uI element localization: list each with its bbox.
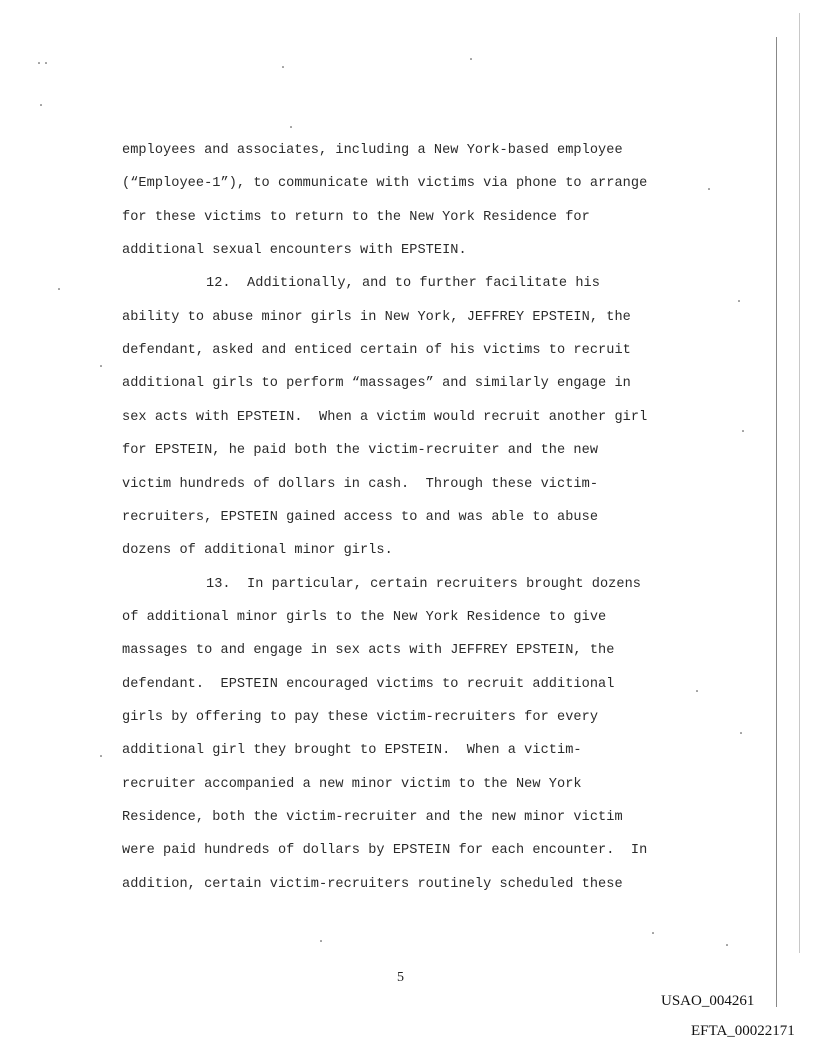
text-line: for these victims to return to the New Y… bbox=[122, 210, 590, 225]
scan-speck bbox=[696, 690, 698, 692]
page-number: 5 bbox=[397, 970, 404, 986]
bates-number-usao: USAO_004261 bbox=[661, 993, 754, 1010]
text-line: ability to abuse minor girls in New York… bbox=[122, 310, 631, 325]
text-line: recruiters, EPSTEIN gained access to and… bbox=[122, 510, 598, 525]
text-line: defendant, asked and enticed certain of … bbox=[122, 343, 631, 358]
scan-speck bbox=[708, 188, 710, 190]
scan-edge-line bbox=[776, 37, 777, 1007]
text-line: recruiter accompanied a new minor victim… bbox=[122, 777, 582, 792]
scan-speck bbox=[740, 732, 742, 734]
text-line: 12. Additionally, and to further facilit… bbox=[206, 276, 600, 291]
text-line: were paid hundreds of dollars by EPSTEIN… bbox=[122, 843, 647, 858]
text-line: sex acts with EPSTEIN. When a victim wou… bbox=[122, 410, 647, 425]
bates-number-efta: EFTA_00022171 bbox=[691, 1023, 795, 1040]
text-line: addition, certain victim-recruiters rout… bbox=[122, 877, 623, 892]
scan-speck bbox=[38, 62, 40, 64]
scan-speck bbox=[100, 755, 102, 757]
scan-edge-line-faint bbox=[799, 13, 800, 953]
scan-speck bbox=[320, 940, 322, 942]
scan-speck bbox=[470, 58, 472, 60]
text-line: victim hundreds of dollars in cash. Thro… bbox=[122, 477, 598, 492]
document-page: employees and associates, including a Ne… bbox=[0, 0, 817, 1056]
text-line: of additional minor girls to the New Yor… bbox=[122, 610, 606, 625]
scan-speck bbox=[100, 365, 102, 367]
text-line: Residence, both the victim-recruiter and… bbox=[122, 810, 623, 825]
scan-speck bbox=[742, 430, 744, 432]
scan-speck bbox=[726, 944, 728, 946]
scan-speck bbox=[738, 300, 740, 302]
text-line: dozens of additional minor girls. bbox=[122, 543, 393, 558]
text-line: employees and associates, including a Ne… bbox=[122, 143, 623, 158]
text-line: for EPSTEIN, he paid both the victim-rec… bbox=[122, 443, 598, 458]
text-line: massages to and engage in sex acts with … bbox=[122, 643, 614, 658]
scan-speck bbox=[652, 932, 654, 934]
scan-speck bbox=[290, 126, 292, 128]
scan-speck bbox=[58, 288, 60, 290]
text-line: additional girl they brought to EPSTEIN.… bbox=[122, 743, 582, 758]
scan-speck bbox=[45, 62, 47, 64]
text-line: (“Employee-1”), to communicate with vict… bbox=[122, 176, 647, 191]
text-line: 13. In particular, certain recruiters br… bbox=[206, 577, 641, 592]
text-line: additional sexual encounters with EPSTEI… bbox=[122, 243, 467, 258]
scan-speck bbox=[282, 66, 284, 68]
text-line: girls by offering to pay these victim-re… bbox=[122, 710, 598, 725]
text-line: defendant. EPSTEIN encouraged victims to… bbox=[122, 677, 614, 692]
text-line: additional girls to perform “massages” a… bbox=[122, 376, 631, 391]
scan-speck bbox=[40, 104, 42, 106]
